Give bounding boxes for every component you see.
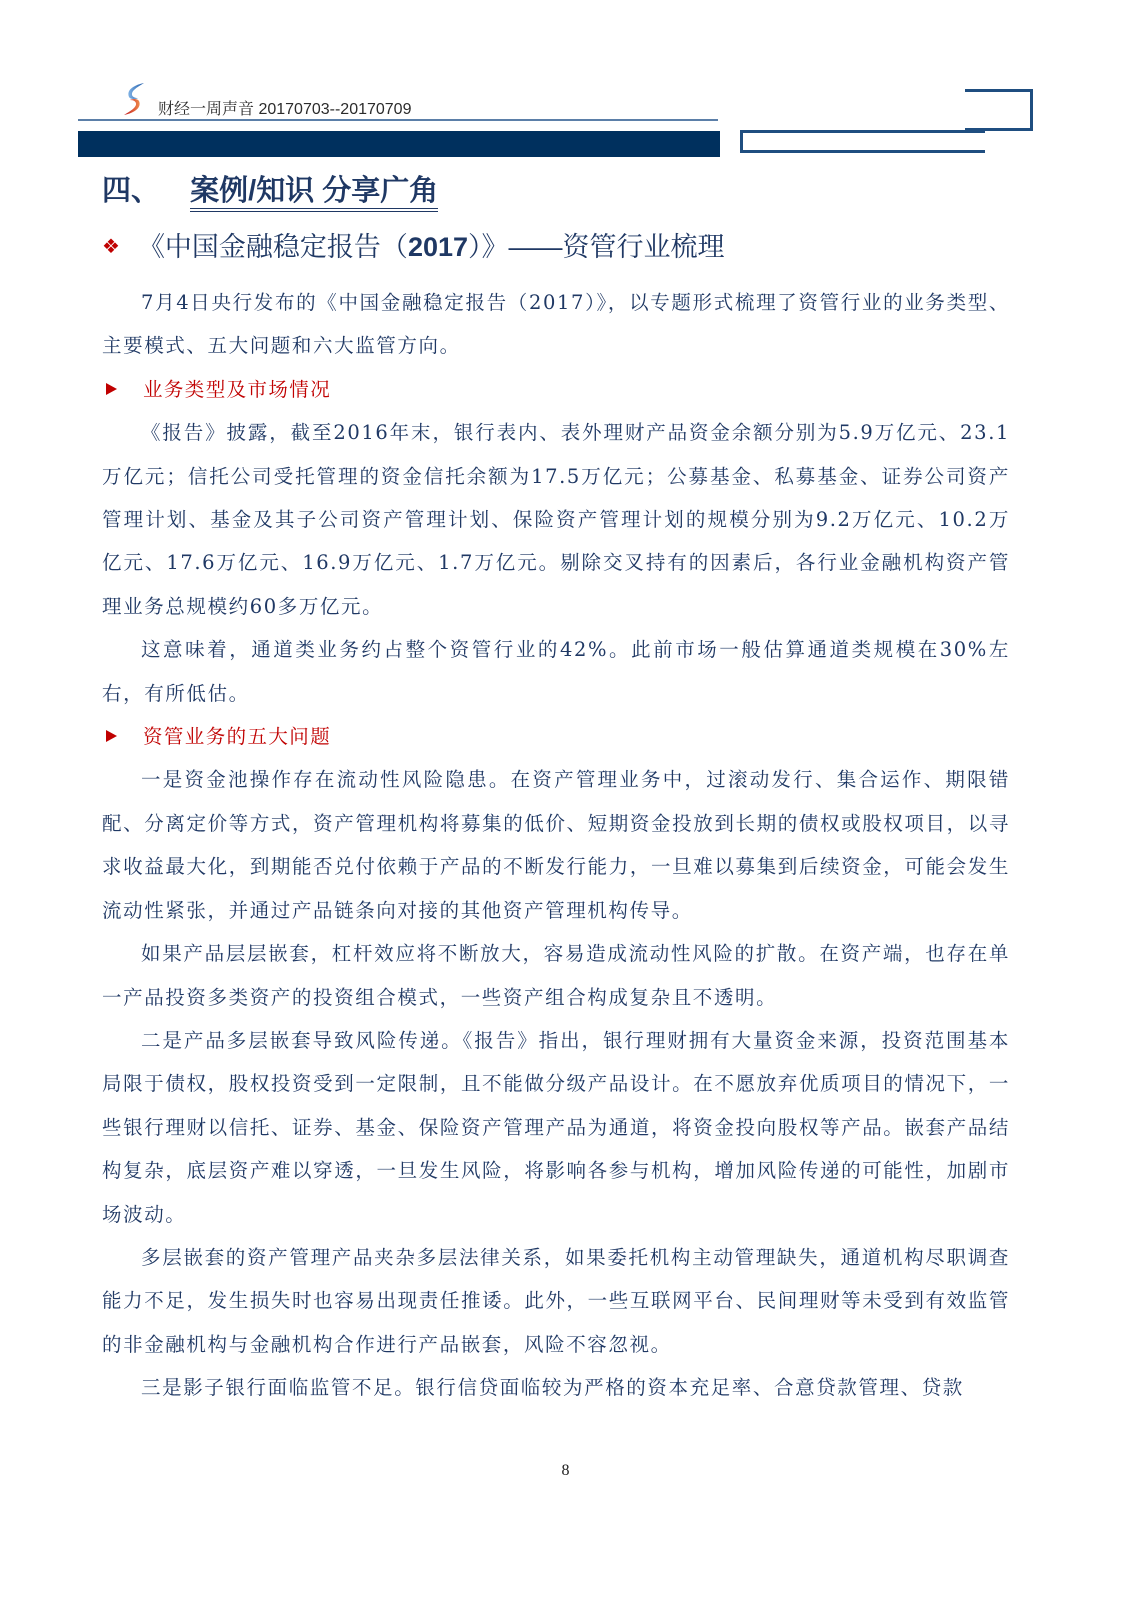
header-decoration-bracket-top	[965, 89, 1033, 131]
s-swoosh-logo-icon	[120, 82, 148, 116]
header-decoration-bracket-bottom	[740, 130, 985, 153]
subheading-five-problems: 资管业务的五大问题	[102, 715, 1010, 758]
article-title-year: 2017	[408, 232, 468, 262]
arrow-bullet-icon	[106, 383, 117, 395]
paragraph: 《报告》披露，截至2016年末，银行表内、表外理财产品资金余额分别为5.9万亿元…	[102, 411, 1010, 628]
section-heading: 四、 案例/知识 分享广角	[102, 168, 438, 209]
arrow-bullet-icon	[106, 730, 117, 742]
paragraph: 这意味着，通道类业务约占整个资管行业的42%。此前市场一般估算通道类规模在30%…	[102, 628, 1010, 715]
article-body: 7月4日央行发布的《中国金融稳定报告（2017）》，以专题形式梳理了资管行业的业…	[102, 281, 1010, 1410]
subheading-business-types: 业务类型及市场情况	[102, 368, 1010, 411]
article-title: ❖《中国金融稳定报告（2017）》——资管行业梳理	[102, 225, 725, 264]
paragraph: 二是产品多层嵌套导致风险传递。《报告》指出，银行理财拥有大量资金来源，投资范围基…	[102, 1019, 1010, 1236]
paragraph: 多层嵌套的资产管理产品夹杂多层法律关系，如果委托机构主动管理缺失，通道机构尽职调…	[102, 1236, 1010, 1366]
section-number: 四、	[102, 175, 160, 207]
diamond-bullet-icon: ❖	[102, 236, 120, 258]
paragraph: 三是影子银行面临监管不足。银行信贷面临较为严格的资本充足率、合意贷款管理、贷款	[102, 1366, 1010, 1409]
header-rule	[78, 119, 718, 121]
paragraph-intro: 7月4日央行发布的《中国金融稳定报告（2017）》，以专题形式梳理了资管行业的业…	[102, 281, 1010, 368]
paragraph: 如果产品层层嵌套，杠杆效应将不断放大，容易造成流动性风险的扩散。在资产端，也存在…	[102, 932, 1010, 1019]
article-title-suffix: ）》——资管行业梳理	[468, 232, 725, 262]
header-navy-bar	[78, 131, 720, 157]
section-title: 案例/知识 分享广角	[190, 175, 438, 212]
page-number: 8	[0, 1462, 1131, 1480]
subheading-text: 业务类型及市场情况	[143, 378, 331, 401]
header-title: 财经一周声音 20170703--20170709	[158, 96, 411, 119]
paragraph: 一是资金池操作存在流动性风险隐患。在资产管理业务中，过滚动发行、集合运作、期限错…	[102, 758, 1010, 932]
subheading-text: 资管业务的五大问题	[143, 725, 331, 748]
article-title-prefix: 《中国金融稳定报告（	[138, 232, 408, 262]
